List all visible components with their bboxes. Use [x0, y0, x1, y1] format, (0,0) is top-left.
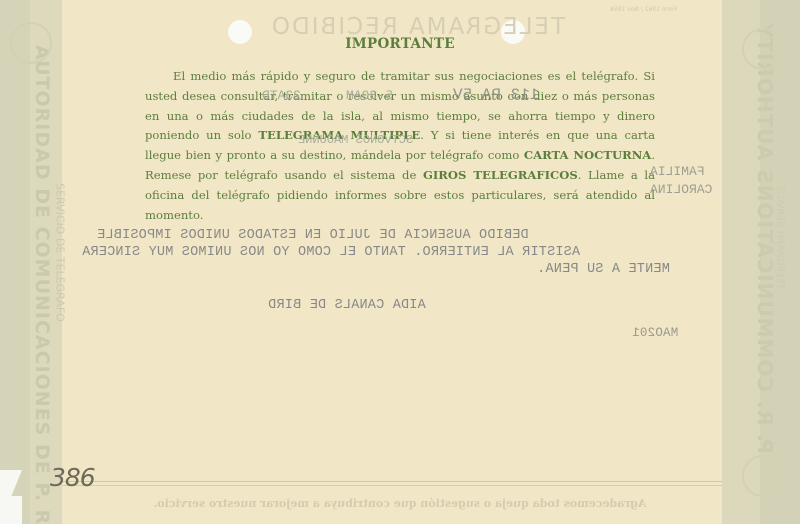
typed-signature: AIDA CANALS DE BIRD: [268, 298, 426, 313]
bleedthrough-footer: Agradecemos toda queja o sugestión que c…: [120, 497, 680, 510]
bleedthrough-recipient-line2: CAROLINA: [650, 182, 712, 197]
torn-corner-fill: [0, 496, 22, 524]
side-band-left-title: AUTORIDAD DE COMUNICACIONES DE P. R.: [27, 45, 53, 465]
heading-importante: IMPORTANTE: [0, 36, 800, 52]
side-band-right-title: P. R. COMMUNICATIONS AUTHORITY: [753, 34, 777, 454]
bleedthrough-stamp-2: 5-30AM: [346, 88, 393, 103]
footer-rule-2: [62, 485, 722, 486]
bleedthrough-recipient-line1: FAMILIA: [650, 164, 705, 179]
left-side-band-edge: [0, 0, 30, 524]
notice-bold-carta-nocturna: CARTA NOCTURNA: [524, 148, 651, 162]
footer-rule: [62, 481, 722, 482]
bleedthrough-address-line: SCTVONOS MAOUNNE: [298, 133, 413, 147]
side-band-left-subtitle: SERVICIO DE TELEGRAFO: [54, 103, 67, 403]
side-band-right-subtitle: TELEGRAPH SERVICE: [775, 98, 786, 378]
notice-bold-giros-telegraficos: GIROS TELEGRAFICOS: [423, 168, 578, 182]
handwritten-number: 386: [50, 463, 95, 492]
bleedthrough-stamp-3: 23ATD: [262, 88, 301, 103]
bleedthrough-time-stamp: 113 PA 5V: [453, 86, 539, 104]
typed-message-line3: MENTE A SU PENA.: [537, 262, 670, 277]
typed-office-code: MAO201: [632, 326, 678, 340]
bleedthrough-form-number: Form 1962 / Nov 1958: [610, 6, 677, 13]
typed-message-line1: DEBIDO AUSENCIA DE JULIO EN ESTADOS UNID…: [97, 228, 529, 243]
typed-message-line2: ASISTIR AL ENTIERRO. TANTO EL COMO YO NO…: [82, 245, 580, 260]
seal-bottom-right-icon: [742, 455, 784, 497]
